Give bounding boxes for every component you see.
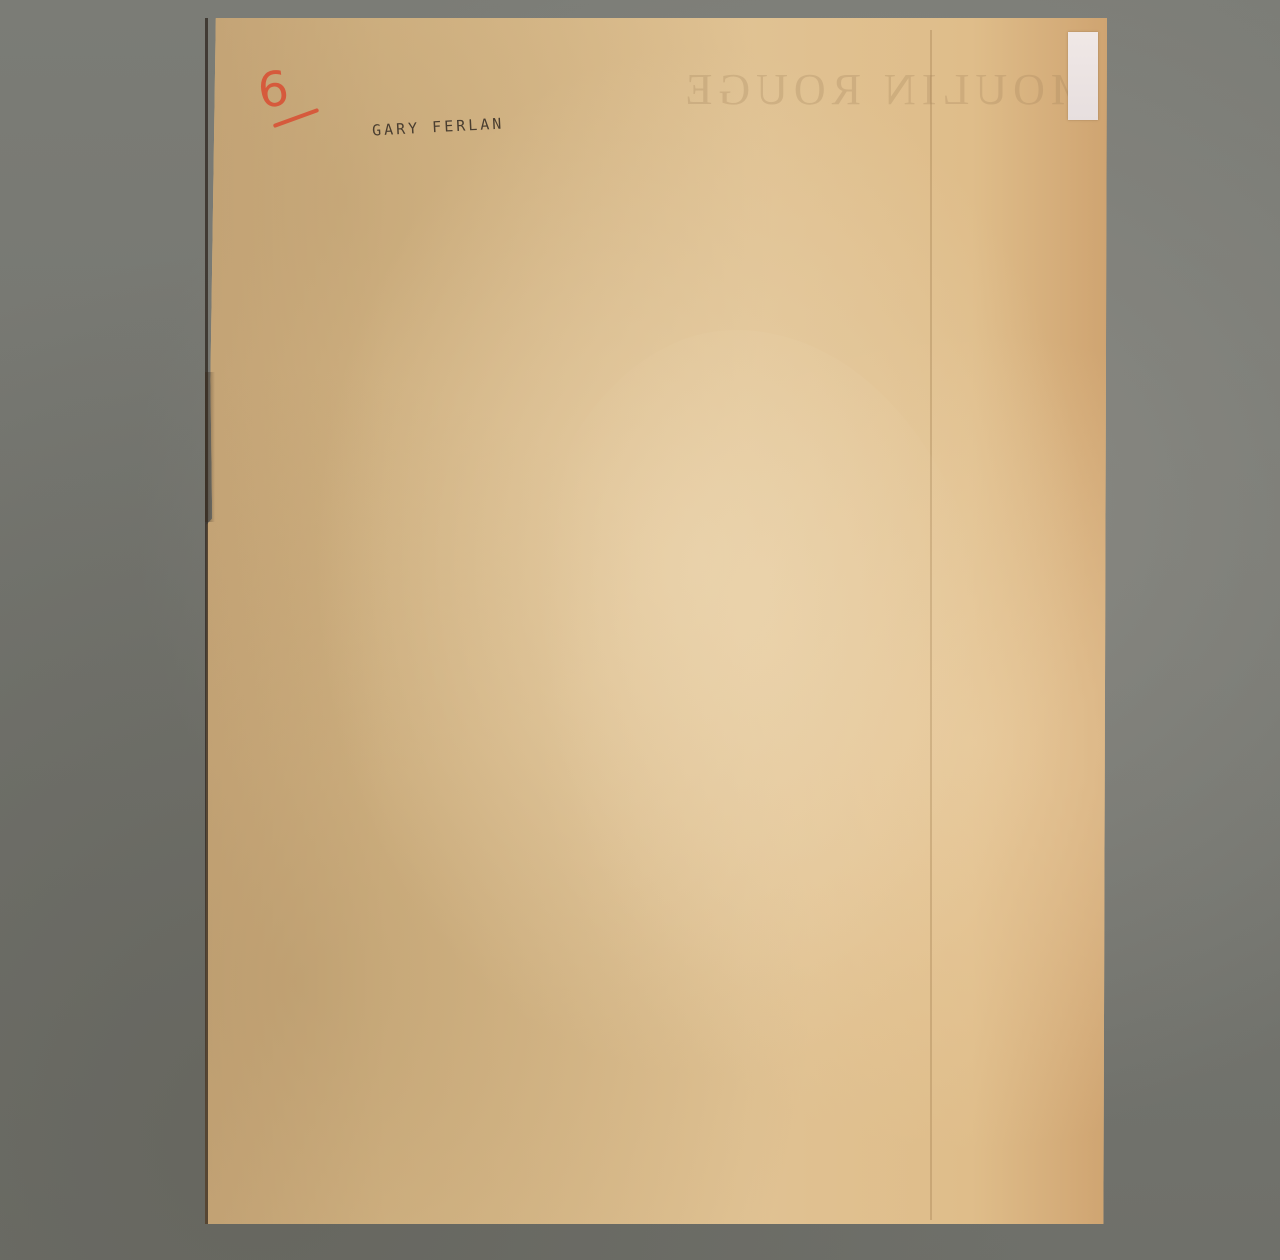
paper-tear (205, 372, 215, 522)
paper-left-edge (205, 18, 208, 1224)
bleed-through-text: MOULIN ROUGE (620, 64, 1090, 115)
photo: MOULIN ROUGE 6 GARY FERLAN (0, 0, 1280, 1260)
tape-strip (1068, 32, 1098, 120)
